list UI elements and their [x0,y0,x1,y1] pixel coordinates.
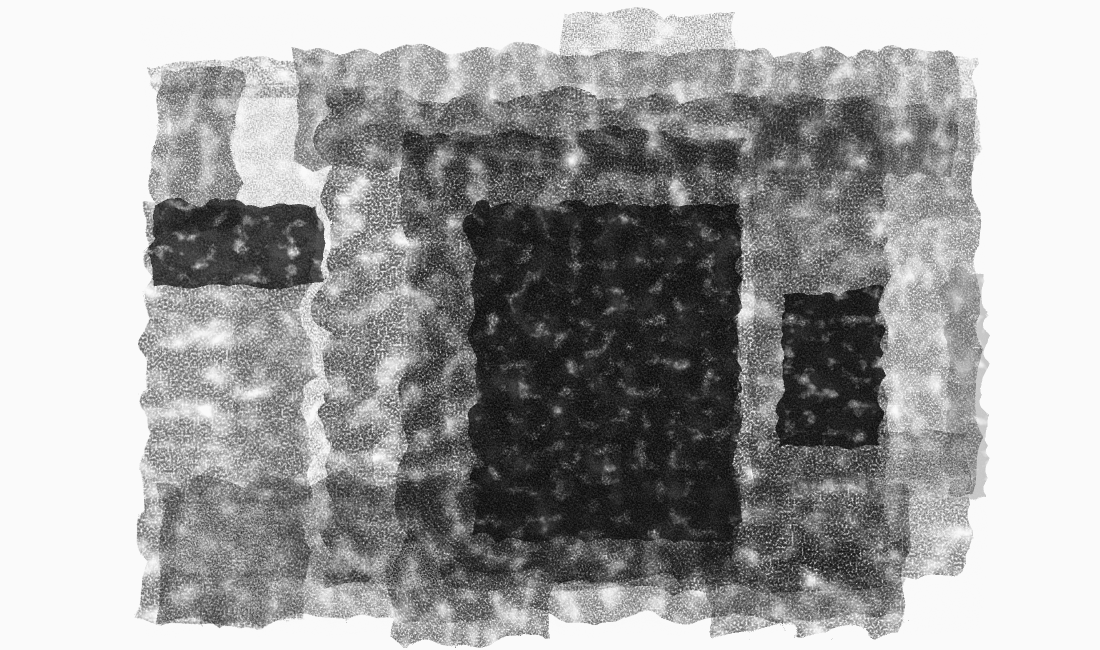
ink-texture-image [0,0,1100,650]
artwork-stage [0,0,1100,650]
ink-patch-overall-speckle [140,14,980,630]
ink-patches-layer [136,6,980,636]
